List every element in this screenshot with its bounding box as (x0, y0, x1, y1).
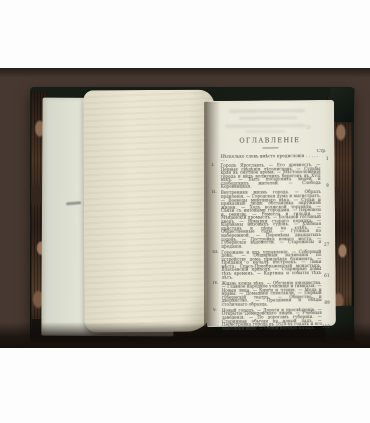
toc-entry: III. Горожане и ихъ управленіе. — Соборн… (212, 250, 329, 279)
toc-entry: V. Новый городъ. — Дороги и просвѣщеніе.… (213, 308, 330, 330)
show-through-smudge (225, 124, 305, 128)
toc-title-rule (262, 147, 278, 148)
toc-entry-page-number: 27 (324, 242, 329, 247)
toc-entry-page-number: 1 (326, 156, 329, 161)
leather-background: ОГЛАВЛЕНІЕ Стр. Нѣсколько словъ вмѣсто п… (0, 68, 370, 348)
show-through-smudge (229, 109, 305, 113)
toc-entry-text: Нѣсколько словъ вмѣсто предисловія . . .… (220, 153, 328, 161)
show-through-smudge (239, 116, 297, 120)
table-of-contents-page: ОГЛАВЛЕНІЕ Стр. Нѣсколько словъ вмѣсто п… (205, 100, 336, 327)
toc-entry-page-number: 89 (324, 300, 329, 305)
toc-title: ОГЛАВЛЕНІЕ (211, 136, 328, 145)
toc-entry-text: Жизнь конца вѣка. — Обученіе юношества. … (222, 280, 330, 306)
faint-ink-mark (66, 201, 81, 205)
show-through-smudge (245, 130, 285, 132)
page-gutter-shadow (204, 102, 220, 326)
toc-entry: IV. Жизнь конца вѣка. — Обученіе юношест… (213, 280, 330, 306)
toc-preamble-row: Нѣсколько словъ вмѣсто предисловія . . .… (211, 153, 328, 161)
toc-entry-page-number: 9 (326, 183, 329, 188)
toc-entry-text: Внутренняя жизнь города. — Образъ правле… (221, 190, 329, 248)
toc-entry-page-number: 113 (322, 324, 330, 329)
table-of-contents: ОГЛАВЛЕНІЕ Стр. Нѣсколько словъ вмѣсто п… (211, 136, 330, 333)
product-photo-canvas: ОГЛАВЛЕНІЕ Стр. Нѣсколько словъ вмѣсто п… (0, 0, 370, 423)
toc-entry-text: Горожане и ихъ управленіе. — Соборный до… (221, 250, 329, 279)
toc-entry-text: Городъ Ярославль. — Его древность. — Пер… (221, 163, 329, 189)
toc-entry: II. Внутренняя жизнь города. — Образъ пр… (212, 190, 329, 248)
toc-entry-page-number: 61 (324, 273, 329, 278)
raised-blank-leaf (83, 90, 215, 333)
toc-entry-text: Новый городъ. — Дороги и просвѣщеніе. — … (222, 308, 330, 330)
toc-entry: I. Городъ Ярославль. — Его древность. — … (212, 163, 329, 189)
